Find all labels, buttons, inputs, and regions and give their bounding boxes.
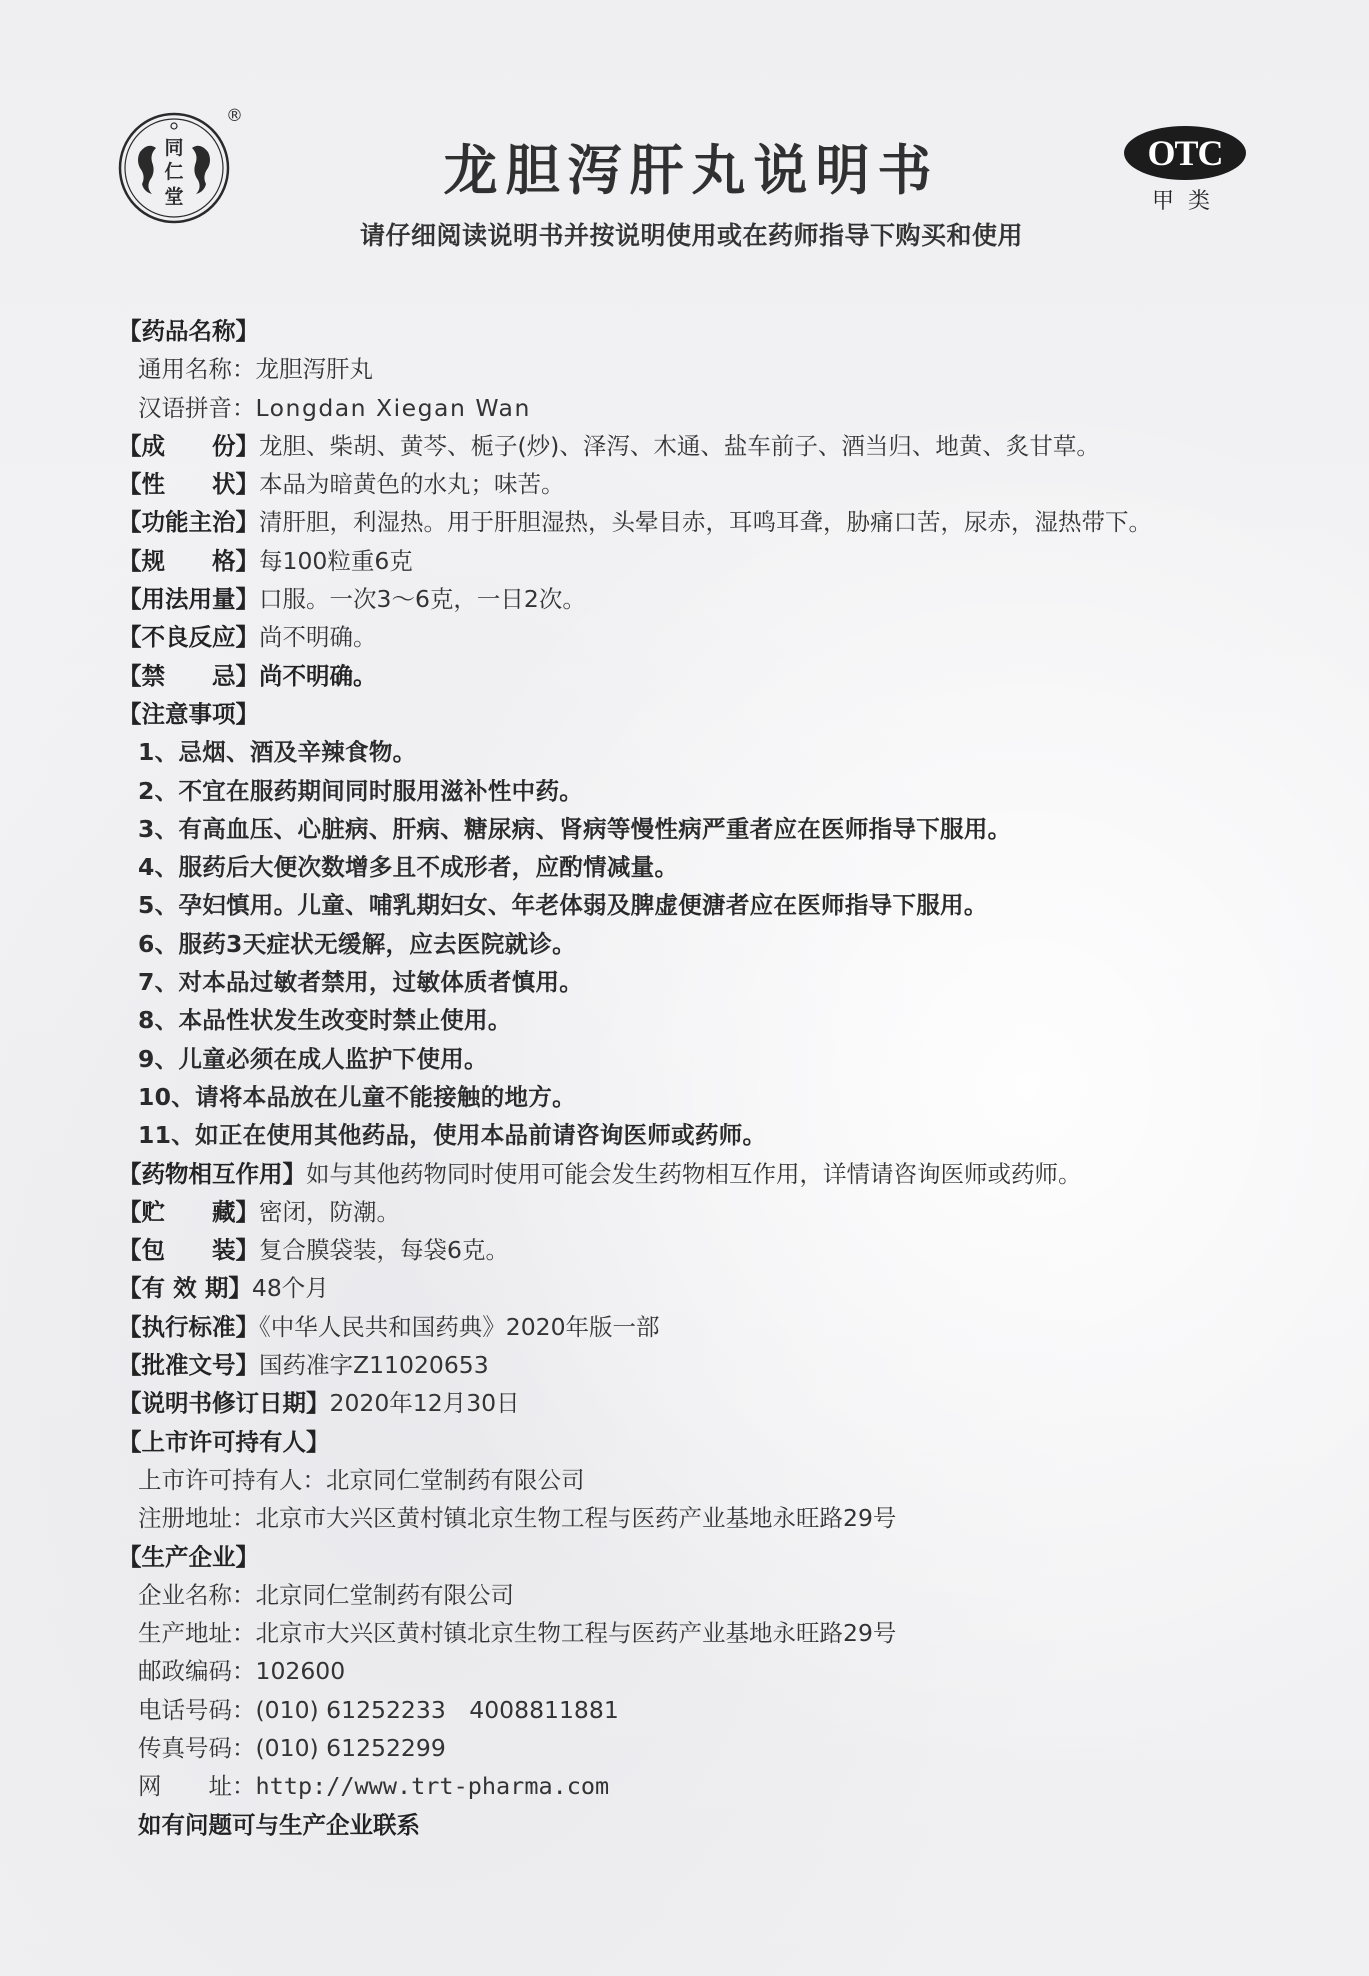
- section-heading: 【包 装】: [118, 1236, 259, 1264]
- section-revision-date: 【说明书修订日期】2020年12月30日: [118, 1384, 1348, 1422]
- otc-class-label: 甲类: [1152, 184, 1224, 215]
- field-label: 汉语拼音：: [138, 394, 256, 422]
- section-value: 国药准字Z11020653: [259, 1351, 489, 1379]
- section-interactions: 【药物相互作用】如与其他药物同时使用可能会发生药物相互作用，详情请咨询医师或药师…: [118, 1155, 1348, 1193]
- section-indications: 【功能主治】清肝胆，利湿热。用于肝胆湿热，头晕目赤，耳鸣耳聋，胁痛口苦，尿赤，湿…: [118, 503, 1348, 541]
- section-contraindications: 【禁 忌】尚不明确。: [118, 657, 1348, 695]
- section-heading: 【贮 藏】: [118, 1198, 259, 1226]
- section-value: 如与其他药物同时使用可能会发生药物相互作用，详情请咨询医师或药师。: [306, 1160, 1082, 1188]
- postcode-value: 102600: [256, 1657, 346, 1685]
- precaution-item: 8、本品性状发生改变时禁止使用。: [118, 1001, 1348, 1039]
- field-label: 电话号码：: [138, 1696, 256, 1724]
- precaution-text: 4、服药后大便次数增多且不成形者，应酌情减量。: [138, 853, 678, 881]
- section-heading: 【性 状】: [118, 470, 259, 498]
- precaution-text: 9、儿童必须在成人监护下使用。: [138, 1045, 488, 1073]
- precaution-text: 6、服药3天症状无缓解，应去医院就诊。: [138, 930, 576, 958]
- contact-note-row: 如有问题可与生产企业联系: [118, 1806, 1348, 1844]
- precaution-text: 7、对本品过敏者禁用，过敏体质者慎用。: [138, 968, 583, 996]
- section-value: 尚不明确。: [259, 662, 377, 690]
- section-value: 尚不明确。: [259, 623, 377, 651]
- section-packaging: 【包 装】复合膜袋装，每袋6克。: [118, 1231, 1348, 1269]
- section-value: 龙胆、柴胡、黄芩、栀子(炒)、泽泻、木通、盐车前子、酒当归、地黄、炙甘草。: [259, 432, 1100, 460]
- manufacturer-address-value: 北京市大兴区黄村镇北京生物工程与医药产业基地永旺路29号: [256, 1619, 897, 1647]
- precaution-text: 1、忌烟、酒及辛辣食物。: [138, 738, 416, 766]
- section-standard: 【执行标准】《中华人民共和国药典》2020年版一部: [118, 1308, 1348, 1346]
- pinyin-value: Longdan Xiegan Wan: [256, 394, 531, 422]
- manufacturer-name-row: 企业名称：北京同仁堂制药有限公司: [118, 1576, 1348, 1614]
- section-dosage: 【用法用量】口服。一次3～6克，一日2次。: [118, 580, 1348, 618]
- section-description: 【性 状】本品为暗黄色的水丸；味苦。: [118, 465, 1348, 503]
- section-heading: 【药物相互作用】: [118, 1160, 306, 1188]
- section-manufacturer-heading: 【生产企业】: [118, 1538, 1348, 1576]
- precaution-text: 5、孕妇慎用。儿童、哺乳期妇女、年老体弱及脾虚便溏者应在医师指导下服用。: [138, 891, 988, 919]
- fax-row: 传真号码：(010) 61252299: [118, 1729, 1348, 1767]
- section-heading: 【成 份】: [118, 432, 259, 460]
- field-label: 网 址：: [138, 1772, 256, 1800]
- section-storage: 【贮 藏】密闭，防潮。: [118, 1193, 1348, 1231]
- section-value: 本品为暗黄色的水丸；味苦。: [259, 470, 565, 498]
- contact-note: 如有问题可与生产企业联系: [138, 1811, 420, 1839]
- precaution-text: 2、不宜在服药期间同时服用滋补性中药。: [138, 777, 583, 805]
- field-label: 注册地址：: [138, 1504, 256, 1532]
- section-precautions-heading: 【注意事项】: [118, 695, 1348, 733]
- section-specification: 【规 格】每100粒重6克: [118, 542, 1348, 580]
- section-ingredients: 【成 份】龙胆、柴胡、黄芩、栀子(炒)、泽泻、木通、盐车前子、酒当归、地黄、炙甘…: [118, 427, 1348, 465]
- section-heading: 【不良反应】: [118, 623, 259, 651]
- section-value: 2020年12月30日: [330, 1389, 520, 1417]
- website-row: 网 址：http://www.trt-pharma.com: [118, 1767, 1348, 1805]
- generic-name-value: 龙胆泻肝丸: [256, 355, 374, 383]
- section-value: 密闭，防潮。: [259, 1198, 400, 1226]
- precaution-text: 3、有高血压、心脏病、肝病、糖尿病、肾病等慢性病严重者应在医师指导下服用。: [138, 815, 1011, 843]
- field-label: 上市许可持有人：: [138, 1466, 326, 1494]
- section-heading: 【生产企业】: [118, 1543, 259, 1571]
- precaution-item: 1、忌烟、酒及辛辣食物。: [118, 733, 1348, 771]
- section-heading: 【功能主治】: [118, 508, 259, 536]
- section-drug-name-heading: 【药品名称】: [118, 312, 1348, 350]
- section-shelf-life: 【有 效 期】48个月: [118, 1269, 1348, 1307]
- fax-value: (010) 61252299: [256, 1734, 446, 1762]
- section-value: 48个月: [252, 1274, 329, 1302]
- registered-trademark-icon: ®: [226, 106, 243, 126]
- section-heading: 【批准文号】: [118, 1351, 259, 1379]
- mah-holder-value: 北京同仁堂制药有限公司: [326, 1466, 585, 1494]
- manufacturer-address-row: 生产地址：北京市大兴区黄村镇北京生物工程与医药产业基地永旺路29号: [118, 1614, 1348, 1652]
- precaution-text: 10、请将本品放在儿童不能接触的地方。: [138, 1083, 576, 1111]
- phone-value: (010) 61252233 4008811881: [256, 1696, 619, 1724]
- section-heading: 【说明书修订日期】: [118, 1389, 330, 1417]
- pinyin-row: 汉语拼音：Longdan Xiegan Wan: [118, 389, 1348, 427]
- phone-row: 电话号码：(010) 61252233 4008811881: [118, 1691, 1348, 1729]
- section-heading: 【有 效 期】: [118, 1274, 252, 1302]
- leaflet-body: 【药品名称】 通用名称：龙胆泻肝丸 汉语拼音：Longdan Xiegan Wa…: [118, 312, 1348, 1844]
- section-heading: 【注意事项】: [118, 700, 259, 728]
- section-value: 《中华人民共和国药典》2020年版一部: [259, 1313, 660, 1341]
- section-value: 每100粒重6克: [259, 547, 413, 575]
- mah-address-value: 北京市大兴区黄村镇北京生物工程与医药产业基地永旺路29号: [256, 1504, 897, 1532]
- section-heading: 【药品名称】: [118, 317, 259, 345]
- otc-badge: OTC: [1124, 126, 1246, 180]
- precaution-item: 3、有高血压、心脏病、肝病、糖尿病、肾病等慢性病严重者应在医师指导下服用。: [118, 810, 1348, 848]
- document-subtitle: 请仔细阅读说明书并按说明使用或在药师指导下购买和使用: [0, 216, 1369, 252]
- generic-name-row: 通用名称：龙胆泻肝丸: [118, 350, 1348, 388]
- precaution-text: 8、本品性状发生改变时禁止使用。: [138, 1006, 512, 1034]
- section-heading: 【禁 忌】: [118, 662, 259, 690]
- mah-holder-row: 上市许可持有人：北京同仁堂制药有限公司: [118, 1461, 1348, 1499]
- precaution-item: 10、请将本品放在儿童不能接触的地方。: [118, 1078, 1348, 1116]
- manufacturer-name-value: 北京同仁堂制药有限公司: [256, 1581, 515, 1609]
- field-label: 传真号码：: [138, 1734, 256, 1762]
- section-value: 清肝胆，利湿热。用于肝胆湿热，头晕目赤，耳鸣耳聋，胁痛口苦，尿赤，湿热带下。: [259, 508, 1152, 536]
- section-mah-heading: 【上市许可持有人】: [118, 1423, 1348, 1461]
- precaution-item: 9、儿童必须在成人监护下使用。: [118, 1040, 1348, 1078]
- field-label: 企业名称：: [138, 1581, 256, 1609]
- precaution-item: 6、服药3天症状无缓解，应去医院就诊。: [118, 925, 1348, 963]
- precaution-item: 2、不宜在服药期间同时服用滋补性中药。: [118, 772, 1348, 810]
- precaution-text: 11、如正在使用其他药品，使用本品前请咨询医师或药师。: [138, 1121, 766, 1149]
- section-heading: 【用法用量】: [118, 585, 259, 613]
- field-label: 邮政编码：: [138, 1657, 256, 1685]
- section-approval-number: 【批准文号】国药准字Z11020653: [118, 1346, 1348, 1384]
- field-label: 生产地址：: [138, 1619, 256, 1647]
- section-value: 复合膜袋装，每袋6克。: [259, 1236, 509, 1264]
- section-heading: 【执行标准】: [118, 1313, 259, 1341]
- precaution-item: 4、服药后大便次数增多且不成形者，应酌情减量。: [118, 848, 1348, 886]
- precaution-item: 11、如正在使用其他药品，使用本品前请咨询医师或药师。: [118, 1116, 1348, 1154]
- section-heading: 【上市许可持有人】: [118, 1428, 330, 1456]
- precaution-item: 5、孕妇慎用。儿童、哺乳期妇女、年老体弱及脾虚便溏者应在医师指导下服用。: [118, 886, 1348, 924]
- website-link[interactable]: http://www.trt-pharma.com: [256, 1772, 610, 1800]
- mah-address-row: 注册地址：北京市大兴区黄村镇北京生物工程与医药产业基地永旺路29号: [118, 1499, 1348, 1537]
- section-adverse-reactions: 【不良反应】尚不明确。: [118, 618, 1348, 656]
- section-heading: 【规 格】: [118, 547, 259, 575]
- section-value: 口服。一次3～6克，一日2次。: [259, 585, 586, 613]
- postcode-row: 邮政编码：102600: [118, 1652, 1348, 1690]
- precaution-item: 7、对本品过敏者禁用，过敏体质者慎用。: [118, 963, 1348, 1001]
- field-label: 通用名称：: [138, 355, 256, 383]
